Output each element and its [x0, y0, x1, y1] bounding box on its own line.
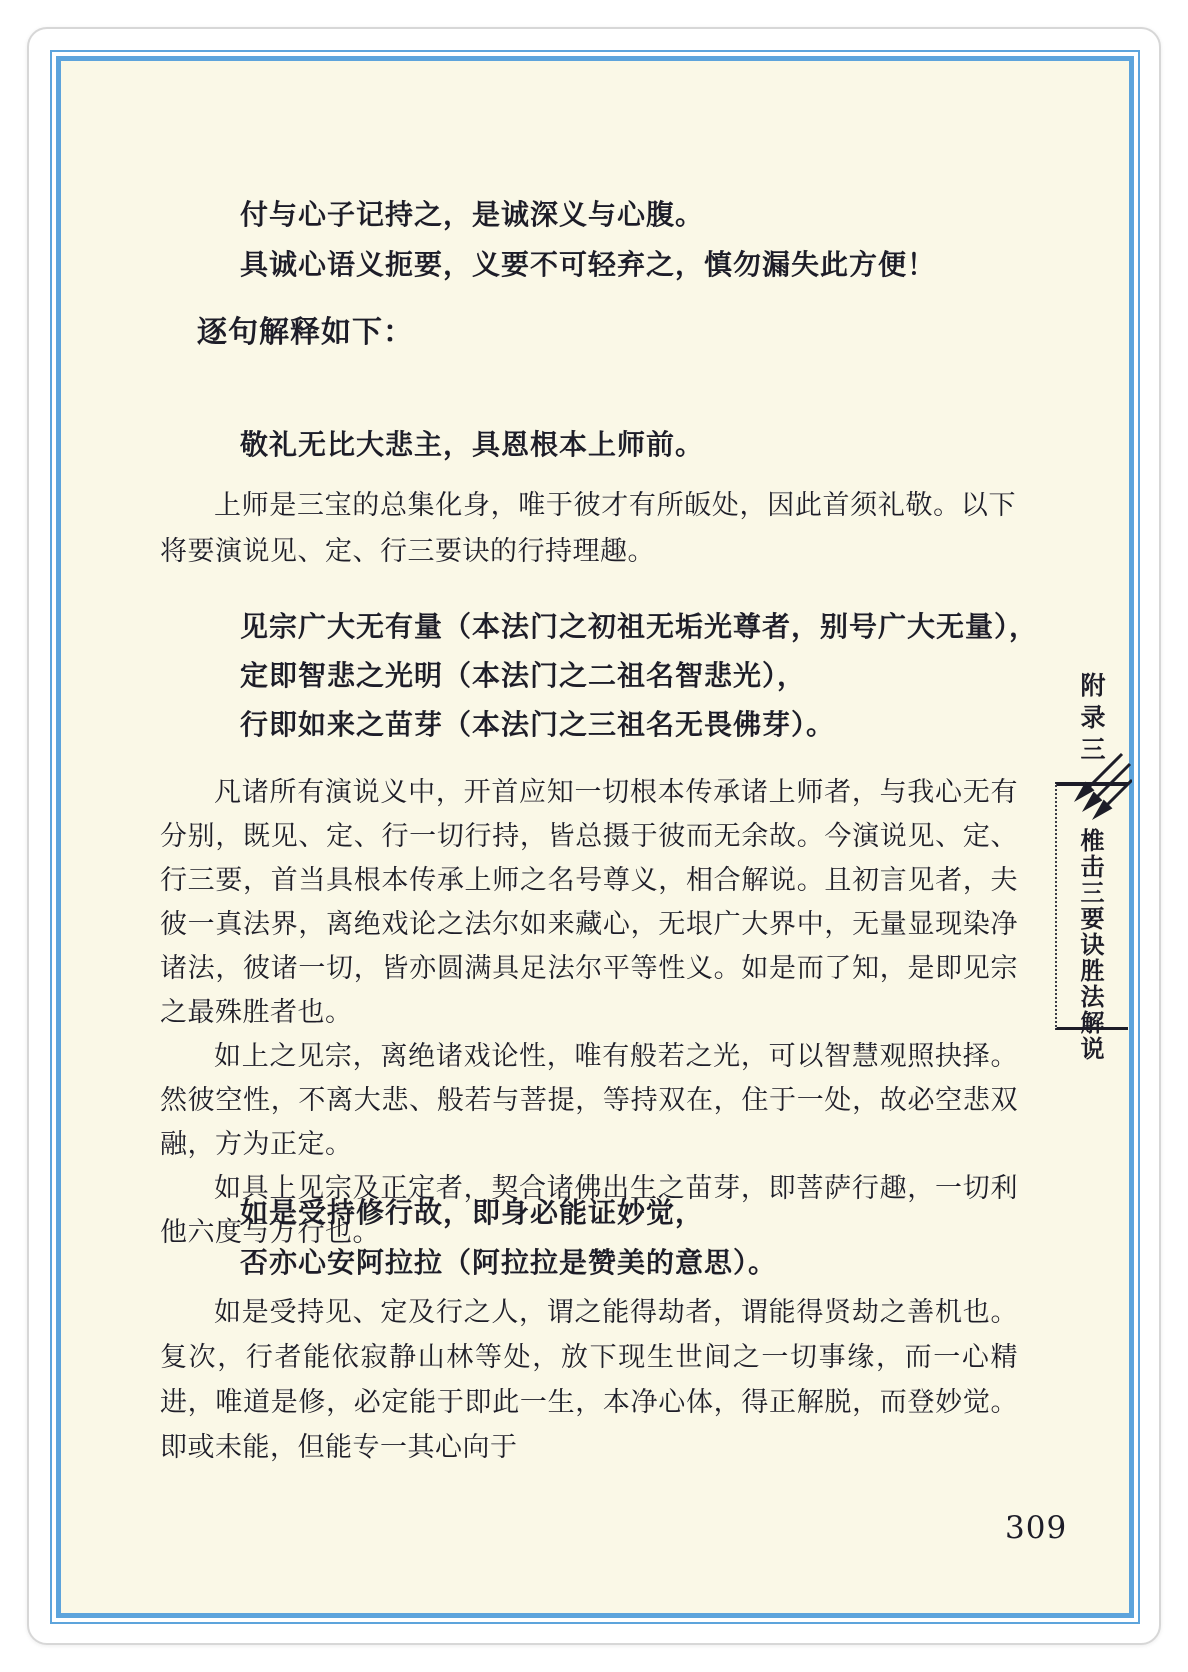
verse-line: 具诚心语义扼要，义要不可轻弃之，慎勿漏失此方便！ [240, 240, 936, 290]
paragraph-view: 凡诸所有演说义中，开首应知一切根本传承诸上师者，与我心无有分别，既见、定、行一切… [160, 770, 1018, 1034]
verse-line: 如是受持修行故，即身必能证妙觉， [240, 1188, 777, 1238]
verse-line: 行即如来之苗芽（本法门之三祖名无畏佛芽）。 [240, 700, 1038, 749]
verse-block-homage: 敬礼无比大悲主，具恩根本上师前。 [240, 420, 704, 470]
verse-block-opening: 付与心子记持之，是诚深义与心腹。 具诚心语义扼要，义要不可轻弃之，慎勿漏失此方便… [240, 190, 936, 290]
sidebar-chapter-title: 椎击三要诀胜法解说 [1072, 828, 1107, 1062]
verse-line: 敬礼无比大悲主，具恩根本上师前。 [240, 420, 704, 470]
section-heading: 逐句解释如下： [197, 307, 414, 351]
page-number: 309 [1005, 1510, 1067, 1546]
verse-line: 付与心子记持之，是诚深义与心腹。 [240, 190, 936, 240]
paragraph-guru: 上师是三宝的总集化身，唯于彼才有所皈处，因此首须礼敬。以下将要演说见、定、行三要… [160, 482, 1016, 574]
commentary-block: 凡诸所有演说义中，开首应知一切根本传承诸上师者，与我心无有分别，既见、定、行一切… [160, 770, 1018, 1254]
paragraph-meditation: 如上之见宗，离绝诸戏论性，唯有般若之光，可以智慧观照抉择。然彼空性，不离大悲、般… [160, 1034, 1018, 1166]
verse-block-three-lines: 见宗广大无有量（本法门之初祖无垢光尊者，别号广大无量）， 定即智悲之光明（本法门… [240, 602, 1038, 749]
paragraph-final: 如是受持见、定及行之人，谓之能得劫者，谓能得贤劫之善机也。复次，行者能依寂静山林… [160, 1290, 1018, 1470]
verse-line: 否亦心安阿拉拉（阿拉拉是赞美的意思）。 [240, 1238, 777, 1288]
verse-line: 定即智悲之光明（本法门之二祖名智悲光）， [240, 651, 1038, 700]
book-page: 付与心子记持之，是诚深义与心腹。 具诚心语义扼要，义要不可轻弃之，慎勿漏失此方便… [0, 0, 1188, 1672]
verse-block-closing: 如是受持修行故，即身必能证妙觉， 否亦心安阿拉拉（阿拉拉是赞美的意思）。 [240, 1188, 777, 1288]
verse-line: 见宗广大无有量（本法门之初祖无垢光尊者，别号广大无量）， [240, 602, 1038, 651]
triple-arrows-icon [1058, 748, 1132, 832]
